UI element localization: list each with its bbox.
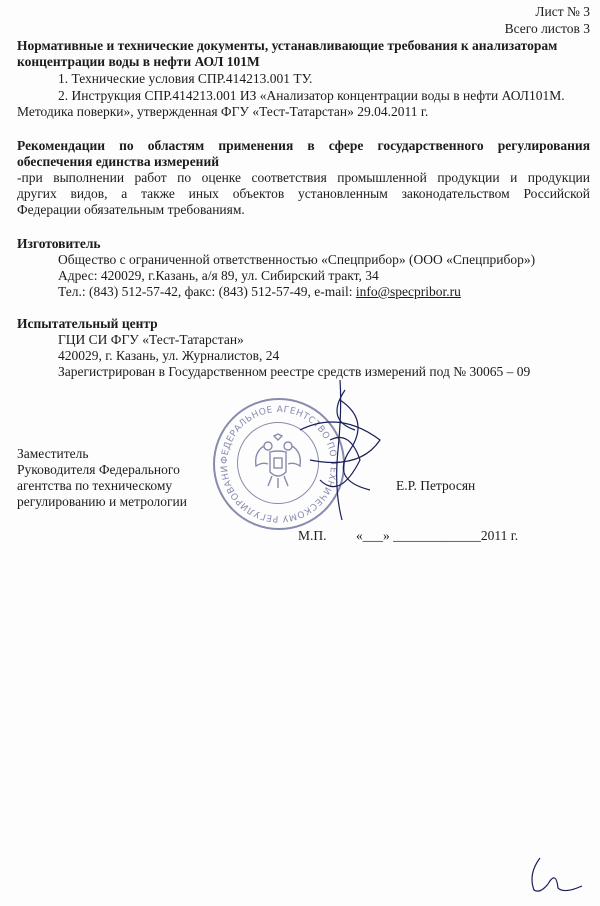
signatory-name: Е.Р. Петросян: [396, 478, 475, 494]
signatory-line2: Руководителя Федерального: [17, 462, 180, 478]
normative-item-1: 1. Технические условия СПР.414213.001 ТУ…: [58, 71, 312, 87]
sheet-number: Лист № 3: [535, 4, 590, 20]
stamp-place-label: М.П.: [298, 528, 327, 544]
manufacturer-email-link[interactable]: info@specpribor.ru: [356, 284, 461, 299]
recommendations-text-line2: других видов, а также иных объектов уста…: [17, 186, 590, 202]
manufacturer-contacts-text: Тел.: (843) 512-57-42, факс: (843) 512-5…: [58, 284, 356, 299]
recommendations-text-line1: -при выполнении работ по оценке соответс…: [17, 170, 590, 186]
manufacturer-title: Изготовитель: [17, 236, 101, 252]
signature-scribble: [280, 370, 400, 530]
initials-signature: [520, 850, 590, 900]
test-center-address: 420029, г. Казань, ул. Журналистов, 24: [58, 348, 279, 364]
test-center-title: Испытательный центр: [17, 316, 158, 332]
test-center-name: ГЦИ СИ ФГУ «Тест-Татарстан»: [58, 332, 244, 348]
signatory-line4: регулированию и метрологии: [17, 494, 187, 510]
manufacturer-name: Общество с ограниченной ответственностью…: [58, 252, 535, 268]
signatory-line1: Заместитель: [17, 446, 89, 462]
normative-title-line1: Нормативные и технические документы, уст…: [17, 38, 557, 54]
signature-date: «___» _____________2011 г.: [356, 528, 518, 544]
recommendations-title-line2: обеспечения единства измерений: [17, 154, 219, 170]
signatory-line3: агентства по техническому: [17, 478, 172, 494]
total-sheets: Всего листов 3: [505, 21, 590, 37]
manufacturer-contacts: Тел.: (843) 512-57-42, факс: (843) 512-5…: [58, 284, 461, 300]
normative-title-line2: концентрации воды в нефти АОЛ 101М: [17, 54, 260, 70]
normative-item-2-line1: 2. Инструкция СПР.414213.001 ИЗ «Анализа…: [58, 88, 565, 104]
recommendations-text-line3: Федерации обязательным требованиям.: [17, 202, 245, 218]
normative-item-2-line2: Методика поверки», утвержденная ФГУ «Тес…: [17, 104, 428, 120]
manufacturer-address: Адрес: 420029, г.Казань, а/я 89, ул. Сиб…: [58, 268, 379, 284]
recommendations-title-line1: Рекомендации по областям применения в сф…: [17, 138, 590, 154]
